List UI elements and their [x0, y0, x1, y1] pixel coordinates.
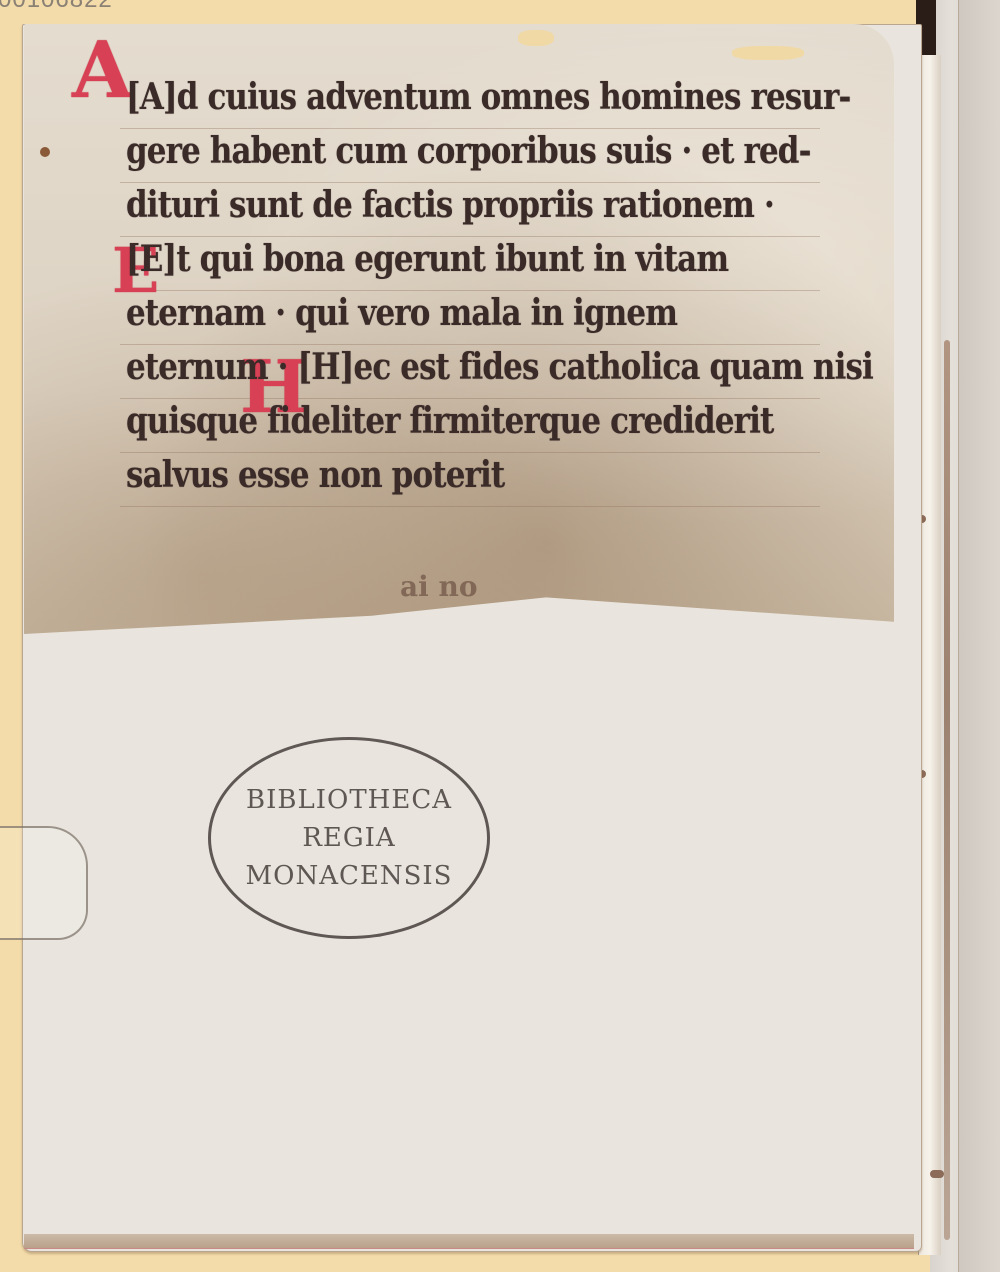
page-clip — [0, 826, 88, 940]
parchment-hole — [518, 30, 554, 46]
stamp-line: BIBLIOTHECA — [246, 781, 452, 819]
text-line: [E]t qui bona egerunt ibunt in vitam — [126, 232, 719, 286]
rubricated-initial: A — [72, 40, 133, 102]
facing-page-edge — [958, 0, 1000, 1272]
ink-stain — [40, 147, 50, 157]
stamp-line: REGIA — [302, 819, 395, 857]
text-line: dituri sunt de factis propriis rationem … — [126, 178, 719, 232]
scan-id-label: 00106822 — [0, 0, 113, 14]
library-stamp: BIBLIOTHECA REGIA MONACENSIS — [208, 737, 490, 939]
binding-stitch — [930, 1170, 944, 1178]
text-line: salvus esse non poterit — [126, 448, 719, 502]
manuscript-text: [A]d cuius adventum omnes homines resur-… — [126, 70, 816, 502]
text-line: eternam · qui vero mala in ignem — [126, 286, 719, 340]
binding-thread — [944, 340, 950, 1240]
ruling-line — [120, 506, 820, 507]
text-line: eternum · [H]ec est fides catholica quam… — [126, 340, 719, 394]
text-line: quisque fideliter firmiterque crediderit — [126, 394, 719, 448]
text-line: gere habent cum corporibus suis · et red… — [126, 124, 719, 178]
parchment-hole — [732, 46, 804, 60]
text-line: [A]d cuius adventum omnes homines resur- — [126, 70, 719, 124]
leaf-bottom-edge — [24, 1234, 914, 1249]
faded-text: ai no — [400, 570, 478, 603]
stamp-line: MONACENSIS — [246, 857, 453, 895]
